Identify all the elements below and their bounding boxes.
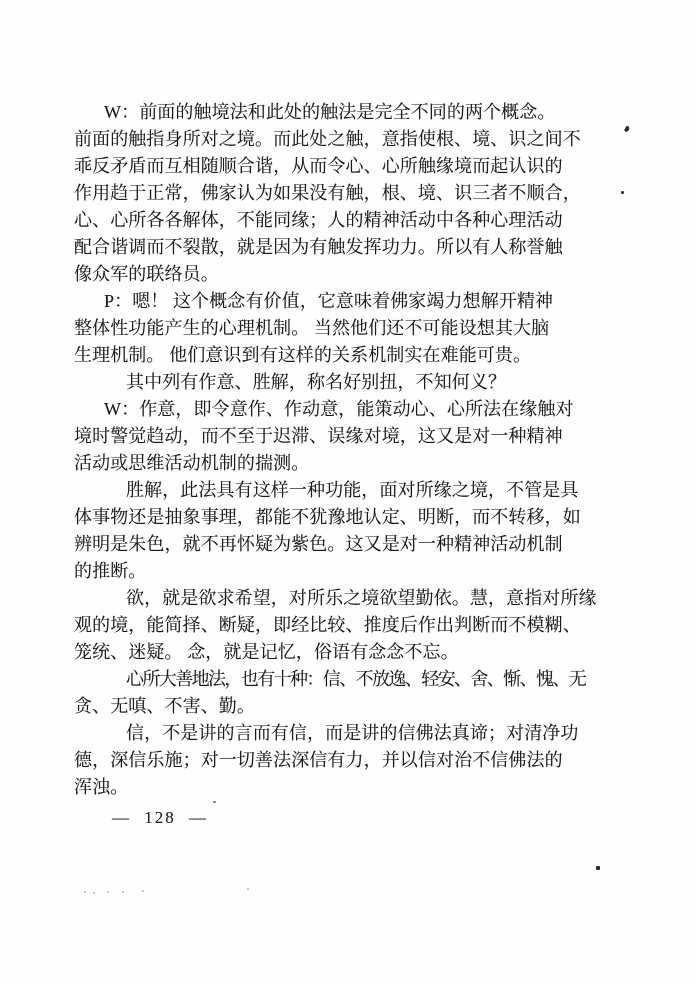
text-line: 笼统、迷疑。 念，就是记忆，俗语有念念不忘。 [74,639,588,666]
text-line: 其中列有作意、胜解，称名好别扭，不知何义？ [74,369,588,396]
text-line: 胜解，此法具有这样一种功能，面对所缘之境，不管是具 [74,477,588,504]
scan-speck [142,890,144,892]
text-line: 前面的触指身所对之境。而此处之触，意指使根、境、识之间不 [74,126,588,153]
text-line: P：嗯！ 这个概念有价值，它意味着佛家竭力想解开精神 [74,288,588,315]
scan-speck [213,801,216,803]
text-line: 心、心所各各解体，不能同缘；人的精神活动中各种心理活动 [74,207,588,234]
text-line: 境时警觉趋动，而不至于迟滞、误缘对境，这又是对一种精神 [74,423,588,450]
text-line: 活动或思维活动机制的揣测。 [74,450,588,477]
text-line: 辨明是朱色，就不再怀疑为紫色。这又是对一种精神活动机制 [74,531,588,558]
scan-speck [624,125,630,132]
scan-speck [122,891,124,893]
body-text: W：前面的触境法和此处的触法是完全不同的两个概念。前面的触指身所对之境。而此处之… [74,99,588,801]
text-line: 配合谐调而不裂散，就是因为有触发挥功力。所以有人称誉触 [74,234,588,261]
page-number: — 128 — [112,808,208,828]
scan-speck [247,888,249,890]
text-line: W：前面的触境法和此处的触法是完全不同的两个概念。 [74,99,588,126]
text-line: 欲，就是欲求希望，对所乐之境欲望勤依。慧，意指对所缘 [74,585,588,612]
text-line: 德，深信乐施；对一切善法深信有力，并以信对治不信佛法的 [74,747,588,774]
text-line: 体事物还是抽象事理，都能不犹豫地认定、明断，而不转移，如 [74,504,588,531]
text-line: 贪、无嗔、不害、勤。 [74,693,588,720]
text-line: 观的境，能简择、断疑，即经比较、推度后作出判断而不模糊、 [74,612,588,639]
scanned-book-page: W：前面的触境法和此处的触法是完全不同的两个概念。前面的触指身所对之境。而此处之… [0,0,695,983]
text-line: 像众军的联络员。 [74,261,588,288]
scan-speck [107,891,109,893]
text-line: 作用趋于正常，佛家认为如果没有触，根、境、识三者不顺合， [74,180,588,207]
text-line: 信，不是讲的言而有信，而是讲的信佛法真谛；对清净功 [74,720,588,747]
text-line: 生理机制。 他们意识到有这样的关系机制实在难能可贵。 [74,342,588,369]
text-line: 乖反矛盾而互相随顺合谐，从而令心、心所触缘境而起认识的 [74,153,588,180]
text-line: 浑浊。 [74,774,588,801]
scan-speck [84,891,86,893]
text-line: 整体性功能产生的心理机制。 当然他们还不可能设想其大脑 [74,315,588,342]
text-line: W：作意，即令意作、作动意，能策动心、心所法在缘触对 [74,396,588,423]
text-line: 心所大善地法，也有十种：信、不放逸、轻安、舍、惭、愧、无 [74,666,588,693]
scan-speck [621,191,624,194]
scan-speck [93,892,95,894]
text-line: 的推断。 [74,558,588,585]
scan-speck [596,866,600,870]
